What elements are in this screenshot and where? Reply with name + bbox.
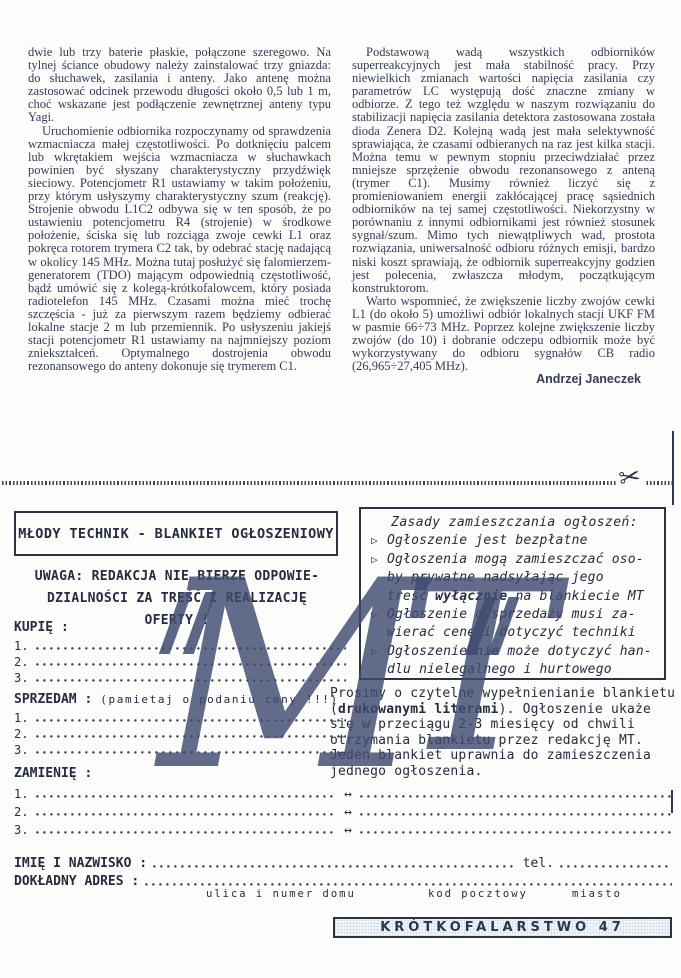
scissors-icon: ✂ <box>614 463 646 493</box>
swap-arrow-icon: ↔ <box>344 806 352 819</box>
bullet-icon <box>371 624 387 642</box>
rules-title: Zasady zamieszczania ogłoszeń: <box>371 514 658 532</box>
page-edge-rule <box>672 431 674 505</box>
section-label: ZAMIENIĘ : <box>14 766 672 783</box>
rule-line: ▷Ogłoszenie o sprzedaży musi za- <box>371 606 658 624</box>
bullet-icon <box>371 588 387 606</box>
magazine-page: dwie lub trzy baterie płaskie, połączone… <box>0 0 681 978</box>
rule-line: wierać cenę i dotyczyć techniki <box>371 624 658 642</box>
form-row: 1. <box>14 709 346 725</box>
dotted-line <box>36 831 336 834</box>
dotted-cut-line <box>2 481 672 485</box>
swap-arrow-icon: ↔ <box>344 788 352 801</box>
form-row: 1. <box>14 637 346 653</box>
dotted-line <box>36 719 346 722</box>
paragraph: Warto wspomnieć, że zwiększenie liczby z… <box>352 295 655 374</box>
form-row: 3. <box>14 669 346 685</box>
dotted-line <box>36 813 336 816</box>
form-row: 3.↔ <box>14 819 672 837</box>
dotted-line <box>36 735 346 738</box>
dotted-line <box>36 795 336 798</box>
dotted-line <box>36 647 346 650</box>
dotted-line <box>36 663 346 666</box>
price-hint: (pamietaj o podaniu ceny !!!) <box>100 693 338 706</box>
form-row: 2. <box>14 653 346 669</box>
bullet-icon <box>371 661 387 679</box>
dotted-line <box>360 795 672 798</box>
swap-arrow-icon: ↔ <box>344 824 352 837</box>
rule-line: ▷Ogłoszenie jest bezpłatne <box>371 532 658 550</box>
dotted-line <box>360 813 672 816</box>
bullet-icon: ▷ <box>371 551 387 569</box>
address-sublabels: ulica i numer domu kod pocztowy miasto <box>14 888 672 901</box>
footer-banner: KRÓTKOFALARSTWO 47 <box>333 917 672 938</box>
footer-label: KRÓTKOFALARSTWO 47 <box>380 920 625 935</box>
section-label: KUPIĘ : <box>14 620 346 637</box>
address-label: DOKŁADNY ADRES : <box>14 874 139 889</box>
tel-label: tel. <box>523 856 554 871</box>
form-row: 2.↔ <box>14 801 672 819</box>
address-field-row: DOKŁADNY ADRES : <box>14 873 672 889</box>
rules-box: Zasady zamieszczania ogłoszeń: ▷Ogłoszen… <box>359 507 666 680</box>
bullet-icon <box>371 569 387 587</box>
section-kupie: KUPIĘ : 1. 2. 3. <box>14 620 346 685</box>
paragraph: dwie lub trzy baterie płaskie, połączone… <box>28 46 331 125</box>
dotted-line <box>560 865 672 868</box>
form-row: 2. <box>14 725 346 741</box>
article-right-column: Podstawową wadą wszystkich odbiorników s… <box>352 46 655 386</box>
name-field-row: IMIĘ I NAZWISKO : tel. <box>14 855 672 871</box>
form-title-box: MŁODY TECHNIK - BLANKIET OGŁOSZENIOWY <box>14 511 338 556</box>
form-title: MŁODY TECHNIK - BLANKIET OGŁOSZENIOWY <box>18 526 334 542</box>
form-row: 1.↔ <box>14 783 672 801</box>
dotted-line <box>36 679 346 682</box>
rule-line: dlu nielegalnego i hurtowego <box>371 661 658 679</box>
section-zamienie: ZAMIENIĘ : 1.↔ 2.↔ 3.↔ <box>14 766 672 837</box>
bullet-icon: ▷ <box>371 606 387 624</box>
bullet-icon: ▷ <box>371 643 387 661</box>
dotted-line <box>360 831 672 834</box>
dotted-line <box>145 883 672 886</box>
section-label: SPRZEDAM :(pamietaj o podaniu ceny !!!) <box>14 692 346 709</box>
paragraph: Podstawową wadą wszystkich odbiorników s… <box>352 46 655 295</box>
rule-line: ▷Ogłoszenie nie może dotyczyć han- <box>371 643 658 661</box>
name-label: IMIĘ I NAZWISKO : <box>14 856 147 871</box>
rule-line: ▷Ogłoszenia mogą zamieszczać oso- <box>371 551 658 569</box>
form-row: 3. <box>14 741 346 757</box>
bullet-icon: ▷ <box>371 532 387 550</box>
paragraph: Uruchomienie odbiornika rozpoczynamy od … <box>28 125 331 374</box>
article-left-column: dwie lub trzy baterie płaskie, połączone… <box>28 46 331 386</box>
rule-line: treść wyłącznie na blankiecie MT <box>371 588 658 606</box>
author-byline: Andrzej Janeczek <box>352 373 655 386</box>
dotted-line <box>36 751 346 754</box>
section-sprzedam: SPRZEDAM :(pamietaj o podaniu ceny !!!) … <box>14 692 346 757</box>
dotted-line <box>153 865 517 868</box>
rule-line: by prywatne nadsyłając jego <box>371 569 658 587</box>
article: dwie lub trzy baterie płaskie, połączone… <box>28 46 656 386</box>
